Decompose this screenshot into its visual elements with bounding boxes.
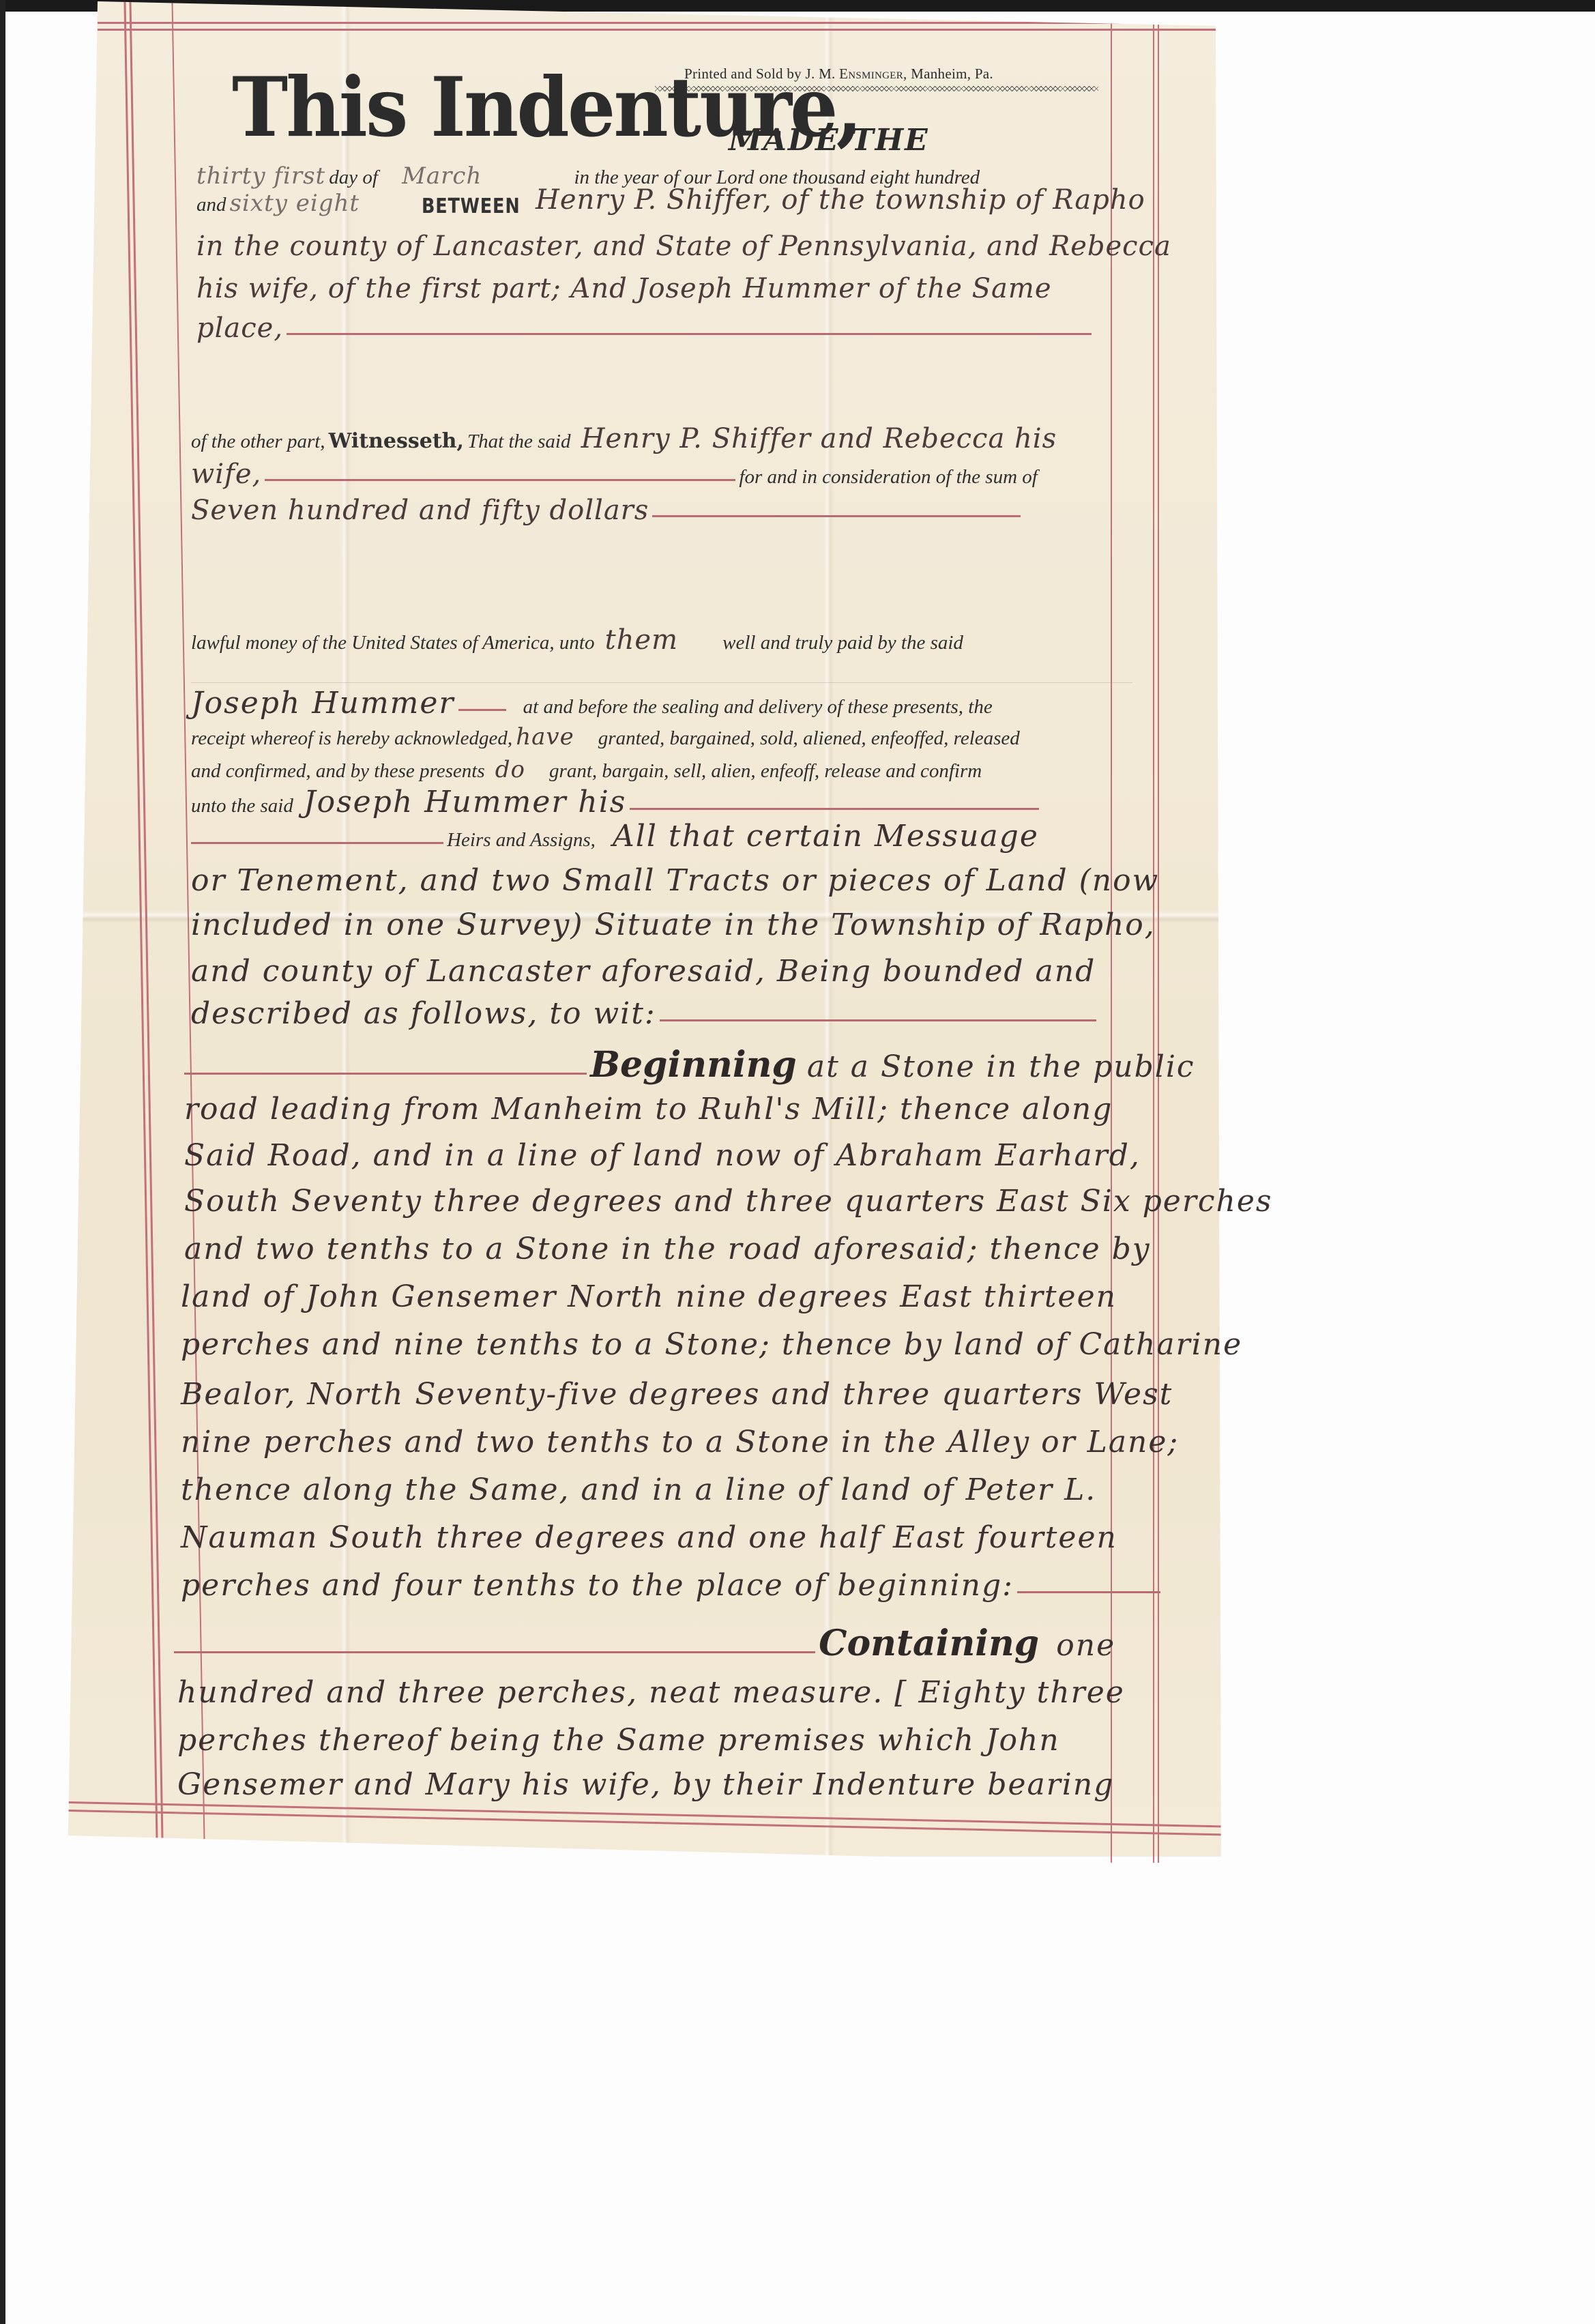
printed-text: of the other part, <box>191 431 325 452</box>
blank-fill-rule <box>660 1019 1096 1021</box>
text-line: Heirs and Assigns, All that certain Mess… <box>191 819 1039 854</box>
handwritten-day: thirty first <box>196 162 325 190</box>
handwritten-line: perches thereof being the Same premises … <box>177 1723 1060 1758</box>
text-line: of the other part, Witnesseth, That the … <box>191 423 1057 454</box>
handwritten-year: sixty eight <box>230 190 360 217</box>
handwritten-line: place, <box>196 313 283 344</box>
top-margin-rule <box>98 22 1216 24</box>
printed-text: lawful money of the United States of Ame… <box>191 632 594 654</box>
text-line: receipt whereof is hereby acknowledged, … <box>191 723 1020 751</box>
handwritten-line: his wife, of the first part; And Joseph … <box>196 273 1052 304</box>
containing-heading: Containing <box>819 1623 1039 1664</box>
printed-text: unto the said <box>191 795 293 817</box>
text-line: Containing one <box>174 1623 1115 1664</box>
blank-fill-rule <box>191 842 443 844</box>
printed-text: well and truly paid by the said <box>722 632 963 654</box>
blank-fill-rule <box>287 333 1092 335</box>
blank-fill-rule <box>652 515 1021 517</box>
text-line: Seven hundred and fifty dollars <box>191 495 1021 526</box>
printed-text: grant, bargain, sell, alien, enfeoff, re… <box>549 760 982 782</box>
handwritten-line: perches and nine tenths to a Stone; then… <box>181 1327 1242 1362</box>
handwritten-grantors: Henry P. Shiffer and Rebecca his <box>581 423 1057 454</box>
handwritten-line: road leading from Manheim to Ruhl's Mill… <box>184 1092 1113 1127</box>
handwritten-line: in the county of Lancaster, and State of… <box>196 231 1171 262</box>
handwritten-grantee: Joseph Hummer <box>191 686 454 721</box>
handwritten-line: thence along the Same, and in a line of … <box>181 1472 1096 1507</box>
text-line: Beginning at a Stone in the public <box>184 1044 1195 1086</box>
handwritten-line: at a Stone in the public <box>807 1049 1195 1084</box>
handwritten-line: All that certain Messuage <box>613 819 1039 854</box>
printer-location: , Manheim, Pa. <box>903 66 993 82</box>
handwritten-line: Gensemer and Mary his wife, by their Ind… <box>177 1767 1114 1802</box>
handwritten-line: or Tenement, and two Small Tracts or pie… <box>191 863 1159 898</box>
witnesseth-label: Witnesseth, <box>329 429 464 453</box>
handwritten-line: them <box>605 624 678 656</box>
blank-fill-rule <box>630 808 1039 810</box>
printed-text: day of <box>329 166 378 188</box>
handwritten-grantee: Joseph Hummer his <box>304 785 626 819</box>
handwritten-line: and two tenths to a Stone in the road af… <box>184 1232 1151 1266</box>
text-line: unto the said Joseph Hummer his <box>191 785 1039 819</box>
handwritten-line: and county of Lancaster aforesaid, Being… <box>191 954 1096 989</box>
ruled-line <box>191 682 1132 683</box>
handwritten-line: Bealor, North Seventy-five degrees and t… <box>181 1377 1173 1412</box>
blank-fill-rule <box>265 479 735 481</box>
text-line: and confirmed, and by these presents do … <box>191 756 982 783</box>
handwritten-line: Said Road, and in a line of land now of … <box>184 1138 1141 1173</box>
handwritten-line: wife, <box>191 459 261 490</box>
printed-text: and confirmed, and by these presents <box>191 760 485 782</box>
handwritten-line: South Seventy three degrees and three qu… <box>184 1184 1272 1219</box>
text-line: and sixty eight <box>196 190 387 217</box>
printed-text: That the said <box>467 431 570 452</box>
text-line: wife, for and in consideration of the su… <box>191 459 1038 490</box>
text-line: place, <box>196 313 1092 344</box>
handwritten-line: one <box>1056 1628 1115 1663</box>
handwritten-line: Nauman South three degrees and one half … <box>181 1520 1117 1555</box>
handwritten-line: nine perches and two tenths to a Stone i… <box>181 1425 1179 1459</box>
text-line: lawful money of the United States of Ame… <box>191 624 963 656</box>
top-margin-rule <box>98 29 1216 31</box>
handwritten-line: do <box>495 756 525 783</box>
handwritten-line: hundred and three perches, neat measure.… <box>177 1675 1125 1710</box>
document-subtitle: MADE THE <box>729 123 929 158</box>
printed-text: granted, bargained, sold, aliened, enfeo… <box>598 727 1020 749</box>
printed-text: receipt whereof is hereby acknowledged, <box>191 727 512 749</box>
printed-text: at and before the sealing and delivery o… <box>523 696 993 718</box>
handwritten-consideration: Seven hundred and fifty dollars <box>191 495 649 526</box>
beginning-heading: Beginning <box>590 1044 797 1086</box>
text-line: Joseph Hummer at and before the sealing … <box>191 686 993 721</box>
handwritten-line: have <box>516 723 574 751</box>
blank-fill-rule <box>184 1073 587 1075</box>
printed-text: Heirs and Assigns, <box>447 829 596 851</box>
printed-text: and <box>196 194 226 216</box>
text-line: described as follows, to wit: <box>191 996 1096 1031</box>
handwritten-line: included in one Survey) Situate in the T… <box>191 907 1156 942</box>
blank-fill-rule <box>458 709 506 711</box>
handwritten-month: March <box>402 162 482 190</box>
printed-text: for and in consideration of the sum of <box>739 466 1037 488</box>
blank-fill-rule <box>1017 1591 1160 1593</box>
handwritten-line: land of John Gensemer North nine degrees… <box>181 1279 1117 1314</box>
handwritten-line: perches and four tenths to the place of … <box>181 1568 1014 1603</box>
text-line: perches and four tenths to the place of … <box>181 1568 1160 1603</box>
handwritten-parties: Henry P. Shiffer, of the township of Rap… <box>536 184 1145 216</box>
handwritten-line: described as follows, to wit: <box>191 996 656 1031</box>
blank-fill-rule <box>174 1651 815 1653</box>
scanner-border-left <box>0 0 5 2324</box>
between-label: BETWEEN <box>422 194 521 218</box>
